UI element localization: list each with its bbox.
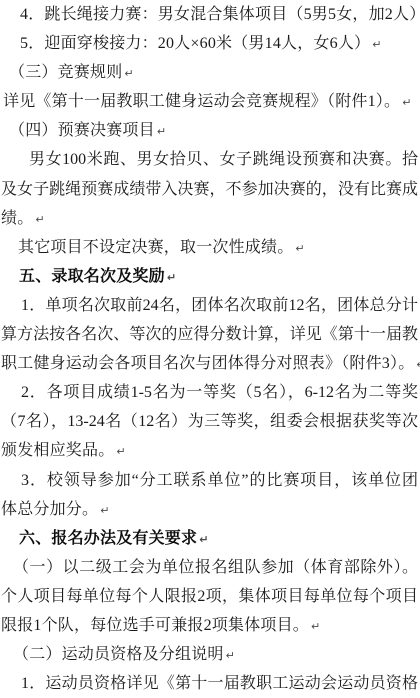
doc-line-text: （二）运动员资格及分组说明 <box>13 646 224 663</box>
doc-line-text: 1．运动员资格详见《第十一届教职工运动会运动员资格 <box>21 675 418 692</box>
doc-line: 1．运动员资格详见《第十一届教职工运动会运动员资格 <box>1 669 419 698</box>
doc-line: 限报1个队，每位选手可兼报2项集体项目。↵ <box>1 611 419 640</box>
paragraph-mark: ↵ <box>199 533 208 546</box>
doc-line: 个人项目每单位每个人限报2项，集体项目每单位每个项目 <box>1 582 419 611</box>
doc-line: 男女100米跑、男女拾贝、女子跳绳设预赛和决赛。拾贝 <box>1 145 419 174</box>
doc-line-text: 体总分加分。 <box>1 501 98 518</box>
section-heading-text: 六、报名办法及有关要求 <box>19 530 197 547</box>
doc-line: （二）运动员资格及分组说明↵ <box>1 640 419 669</box>
doc-line: 及女子跳绳预赛成绩带入决赛，不参加决赛的，没有比赛成 <box>1 175 419 204</box>
doc-line-text: 绩。 <box>1 210 33 227</box>
document-page: 4．跳长绳接力赛：男女混合集体项目（5男5女，加2人） 5．迎面穿梭接力：20人… <box>0 0 420 698</box>
paragraph-mark: ↵ <box>100 504 109 517</box>
doc-line: 1．单项名次取前24名，团体名次取前12名，团体总分计 <box>1 291 419 320</box>
doc-line-text: 算方法按各名次、等次的应得分数计算，详见《第十一届教 <box>1 326 418 343</box>
paragraph-mark: ↵ <box>295 242 304 255</box>
paragraph-mark: ↵ <box>35 213 44 226</box>
doc-line-text: （三）竞赛规则 <box>9 64 122 81</box>
paragraph-mark: ↵ <box>124 67 133 80</box>
doc-line-text: （7名），13-24名（12名）为三等奖，组委会根据获奖等次 <box>1 413 418 430</box>
paragraph-mark: ↵ <box>311 620 320 633</box>
doc-line: 算方法按各名次、等次的应得分数计算，详见《第十一届教 <box>1 320 419 349</box>
doc-line-text: 男女100米跑、男女拾贝、女子跳绳设预赛和决赛。拾贝 <box>29 151 418 174</box>
doc-line-text: 3．校领导参加“分工联系单位”的比赛项目，该单位团 <box>21 472 418 489</box>
doc-line: 3．校领导参加“分工联系单位”的比赛项目，该单位团 <box>1 466 419 495</box>
doc-line: 4．跳长绳接力赛：男女混合集体项目（5男5女，加2人） <box>1 0 419 29</box>
paragraph-mark: ↵ <box>372 38 381 51</box>
doc-line-text: （一）以二级工会为单位报名组队参加（体育部除外）。 <box>13 559 418 576</box>
doc-line: 职工健身运动会各项目名次与团体得分对照表》（附件3）。↵ <box>1 349 419 378</box>
doc-line-text: 职工健身运动会各项目名次与团体得分对照表》（附件3）。 <box>1 355 414 372</box>
doc-line-text: 2．各项目成绩1-5名为一等奖（5名），6-12名为二等奖 <box>21 384 418 401</box>
section-heading: 五、录取名次及奖励↵ <box>1 262 419 291</box>
doc-line: （四）预赛决赛项目↵ <box>1 116 419 145</box>
paragraph-mark: ↵ <box>116 445 125 458</box>
doc-line-text: 详见《第十一届教职工健身运动会竞赛规程》（附件1）。 <box>3 93 400 110</box>
paragraph-mark: ↵ <box>226 649 235 662</box>
doc-line-text: 限报1个队，每位选手可兼报2项集体项目。 <box>1 617 309 634</box>
doc-line: 绩。↵ <box>1 204 419 233</box>
section-heading: 六、报名办法及有关要求↵ <box>1 524 419 553</box>
doc-line: 体总分加分。↵ <box>1 495 419 524</box>
paragraph-mark: ↵ <box>402 96 411 109</box>
paragraph-mark: ↵ <box>416 358 420 371</box>
doc-line: 颁发相应奖品。↵ <box>1 436 419 465</box>
doc-line: 详见《第十一届教职工健身运动会竞赛规程》（附件1）。↵ <box>1 87 419 116</box>
doc-line: （三）竞赛规则↵ <box>1 58 419 87</box>
doc-line-text: 个人项目每单位每个人限报2项，集体项目每单位每个项目 <box>1 588 418 605</box>
doc-line: （7名），13-24名（12名）为三等奖，组委会根据获奖等次 <box>1 407 419 436</box>
doc-line-text: 其它项目不设定决赛，取一次性成绩。 <box>18 239 293 256</box>
doc-line-text: 1．单项名次取前24名，团体名次取前12名，团体总分计 <box>21 297 418 314</box>
paragraph-mark: ↵ <box>157 125 166 138</box>
paragraph-mark: ↵ <box>167 271 176 284</box>
doc-line-text: 颁发相应奖品。 <box>1 442 114 459</box>
doc-line-text: 4．跳长绳接力赛：男女混合集体项目（5男5女，加2人） <box>20 6 420 23</box>
doc-line-text: （四）预赛决赛项目 <box>9 122 155 139</box>
doc-line: 5．迎面穿梭接力：20人×60米（男14人，女6人）↵ <box>1 29 419 58</box>
doc-line: （一）以二级工会为单位报名组队参加（体育部除外）。 <box>1 553 419 582</box>
doc-line-text: 5．迎面穿梭接力：20人×60米（男14人，女6人） <box>20 35 370 52</box>
doc-line: 其它项目不设定决赛，取一次性成绩。↵ <box>1 233 419 262</box>
section-heading-text: 五、录取名次及奖励 <box>19 268 165 285</box>
doc-line: 2．各项目成绩1-5名为一等奖（5名），6-12名为二等奖 <box>1 378 419 407</box>
doc-line-text: 及女子跳绳预赛成绩带入决赛，不参加决赛的，没有比赛成 <box>1 181 418 198</box>
